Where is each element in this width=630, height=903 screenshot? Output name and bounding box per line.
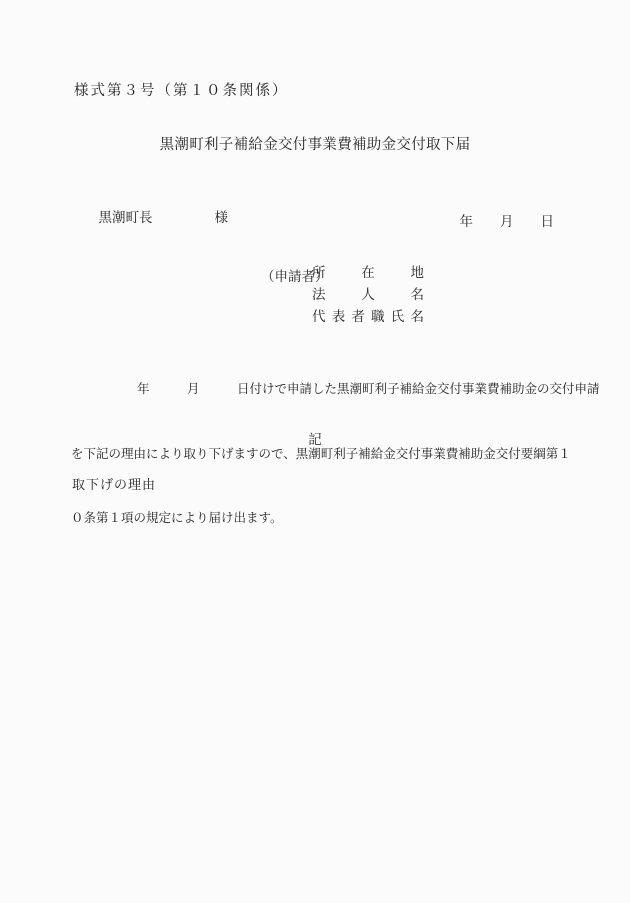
- paragraph-line-1: 年 月 日付けで申請した黒潮町利子補給金交付事業費補助金の交付申請: [71, 379, 565, 401]
- body-paragraph: 年 月 日付けで申請した黒潮町利子補給金交付事業費補助金の交付申請 を下記の理由…: [71, 336, 565, 573]
- document-page: 様式第３号（第１０条関係） 黒潮町利子補給金交付事業費補助金交付取下届 黒潮町長…: [0, 0, 630, 903]
- applicant-field-address-label: 所在地: [312, 265, 424, 281]
- applicant-field-corporate-name-label: 法人名: [312, 287, 424, 303]
- applicant-fields: 所在地 法人名 代表者職氏名: [312, 265, 424, 331]
- applicant-field-corporate-name: 法人名: [312, 287, 424, 309]
- applicant-field-representative: 代表者職氏名: [312, 309, 424, 331]
- applicant-field-address: 所在地: [312, 265, 424, 287]
- form-number: 様式第３号（第１０条関係）: [74, 79, 289, 100]
- applicant-field-representative-label: 代表者職氏名: [312, 309, 424, 325]
- paragraph-line-3: ０条第１項の規定により届け出ます。: [71, 508, 565, 530]
- record-marker: 記: [0, 428, 630, 448]
- document-title: 黒潮町利子補給金交付事業費補助金交付取下届: [0, 133, 630, 154]
- reason-label: 取下げの理由: [72, 474, 156, 493]
- date-line: 年 月 日: [0, 210, 630, 230]
